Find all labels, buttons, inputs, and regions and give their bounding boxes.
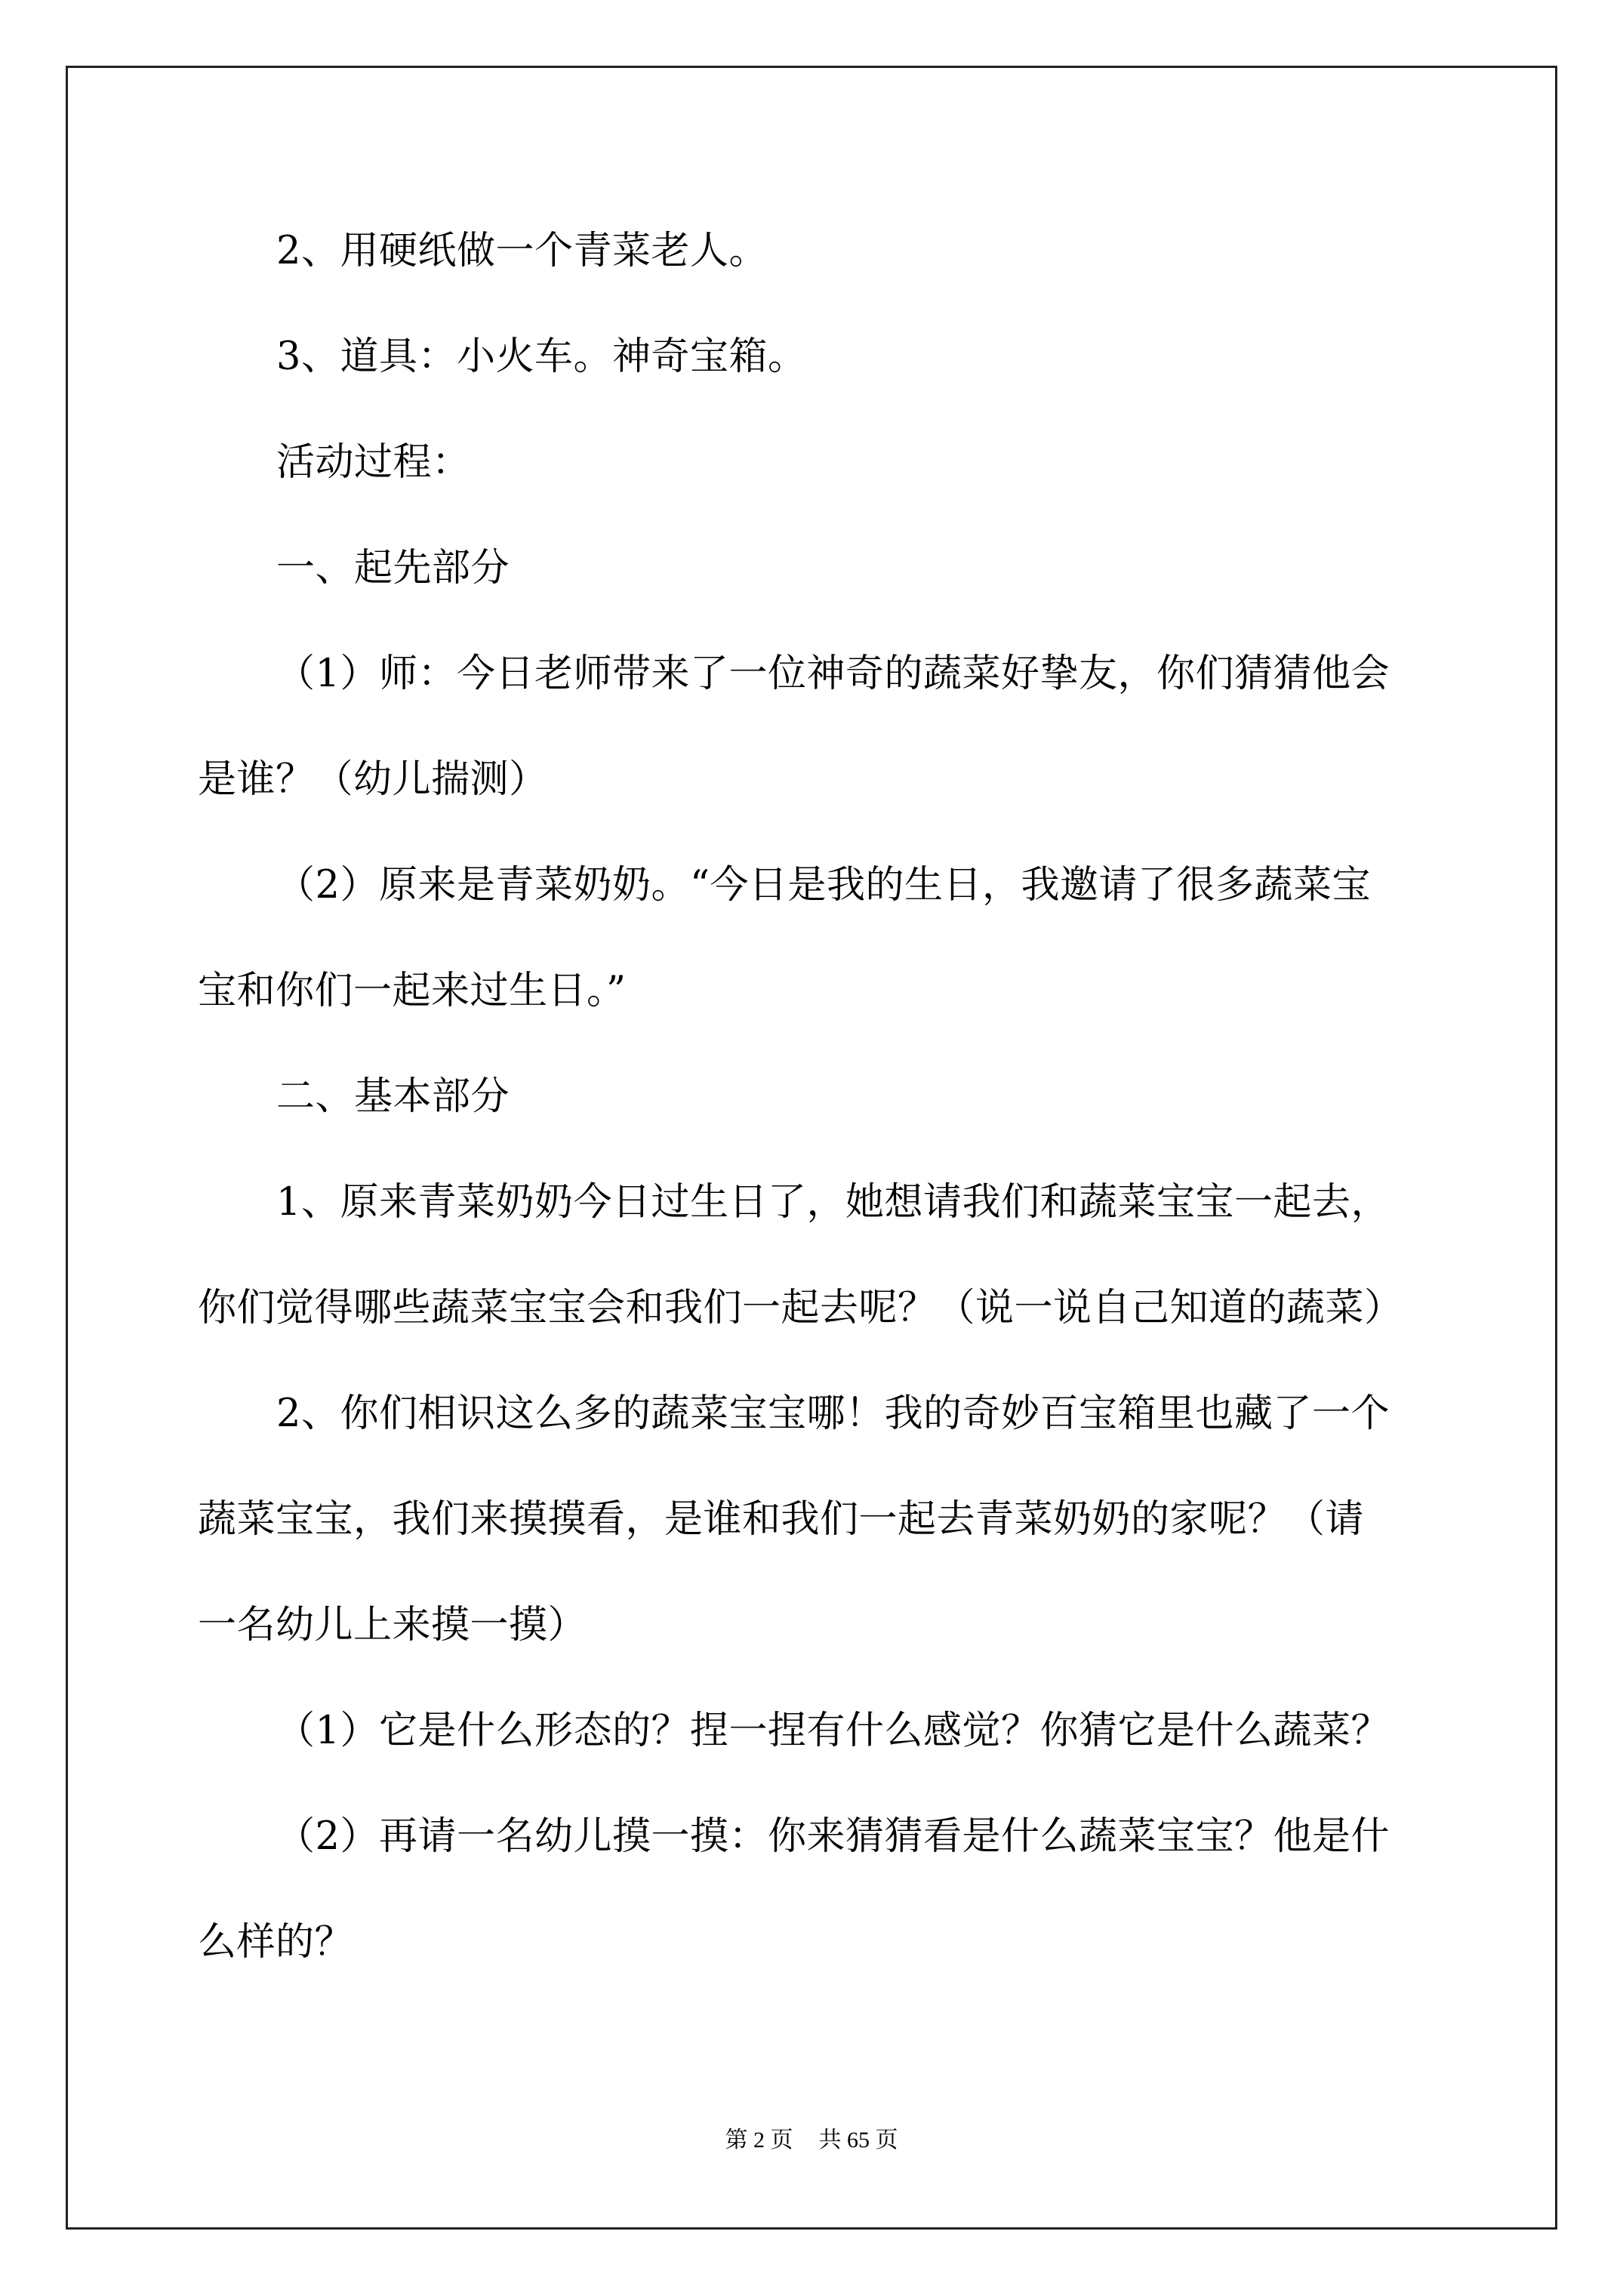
text-line: 么样的？ (198, 1890, 1451, 1996)
paragraph-2-2-1: （1）它是什么形态的？捏一捏有什么感觉？你猜它是什么蔬菜？ (198, 1678, 1451, 1784)
page-total: 共 65 页 (819, 2128, 898, 2153)
text-line: 2、用硬纸做一个青菜老人。 (198, 199, 1451, 304)
text-line: （2）原来是青菜奶奶。“今日是我的生日，我邀请了很多蔬菜宝 (198, 833, 1451, 938)
paragraph-materials-2: 2、用硬纸做一个青菜老人。 (198, 199, 1451, 304)
text-line: （1）师：今日老师带来了一位神奇的蔬菜好挚友，你们猜猜他会 (198, 621, 1451, 727)
text-line: 是谁？（幼儿揣测） (198, 727, 1451, 833)
text-line: 活动过程： (198, 410, 1451, 516)
text-line: 你们觉得哪些蔬菜宝宝会和我们一起去呢？（说一说自己知道的蔬菜） (198, 1256, 1451, 1361)
heading-activity-process: 活动过程： (198, 410, 1451, 516)
paragraph-1-2: （2）原来是青菜奶奶。“今日是我的生日，我邀请了很多蔬菜宝 宝和你们一起来过生日… (198, 833, 1451, 1044)
text-line: 二、基本部分 (198, 1044, 1451, 1150)
paragraph-2-2: 2、你们相识这么多的蔬菜宝宝哪！我的奇妙百宝箱里也藏了一个 蔬菜宝宝，我们来摸摸… (198, 1361, 1451, 1678)
text-line: 蔬菜宝宝，我们来摸摸看，是谁和我们一起去青菜奶奶的家呢？（请 (198, 1467, 1451, 1573)
text-line: 一名幼儿上来摸一摸） (198, 1573, 1451, 1678)
text-line: （2）再请一名幼儿摸一摸：你来猜猜看是什么蔬菜宝宝？他是什 (198, 1784, 1451, 1890)
document-body: 2、用硬纸做一个青菜老人。 3、道具：小火车。神奇宝箱。 活动过程： 一、起先部… (198, 199, 1451, 1996)
heading-section-one: 一、起先部分 (198, 516, 1451, 621)
page-number: 第 2 页 (725, 2128, 793, 2153)
paragraph-1-1: （1）师：今日老师带来了一位神奇的蔬菜好挚友，你们猜猜他会 是谁？（幼儿揣测） (198, 621, 1451, 833)
paragraph-2-1: 1、原来青菜奶奶今日过生日了，她想请我们和蔬菜宝宝一起去， 你们觉得哪些蔬菜宝宝… (198, 1150, 1451, 1361)
text-line: 一、起先部分 (198, 516, 1451, 621)
paragraph-2-2-2: （2）再请一名幼儿摸一摸：你来猜猜看是什么蔬菜宝宝？他是什 么样的？ (198, 1784, 1451, 1996)
text-line: 1、原来青菜奶奶今日过生日了，她想请我们和蔬菜宝宝一起去， (198, 1150, 1451, 1256)
paragraph-materials-3: 3、道具：小火车。神奇宝箱。 (198, 304, 1451, 410)
text-line: （1）它是什么形态的？捏一捏有什么感觉？你猜它是什么蔬菜？ (198, 1678, 1451, 1784)
heading-section-two: 二、基本部分 (198, 1044, 1451, 1150)
text-line: 3、道具：小火车。神奇宝箱。 (198, 304, 1451, 410)
text-line: 宝和你们一起来过生日。” (198, 938, 1451, 1044)
page-footer: 第 2 页共 65 页 (0, 2125, 1623, 2156)
text-line: 2、你们相识这么多的蔬菜宝宝哪！我的奇妙百宝箱里也藏了一个 (198, 1361, 1451, 1467)
